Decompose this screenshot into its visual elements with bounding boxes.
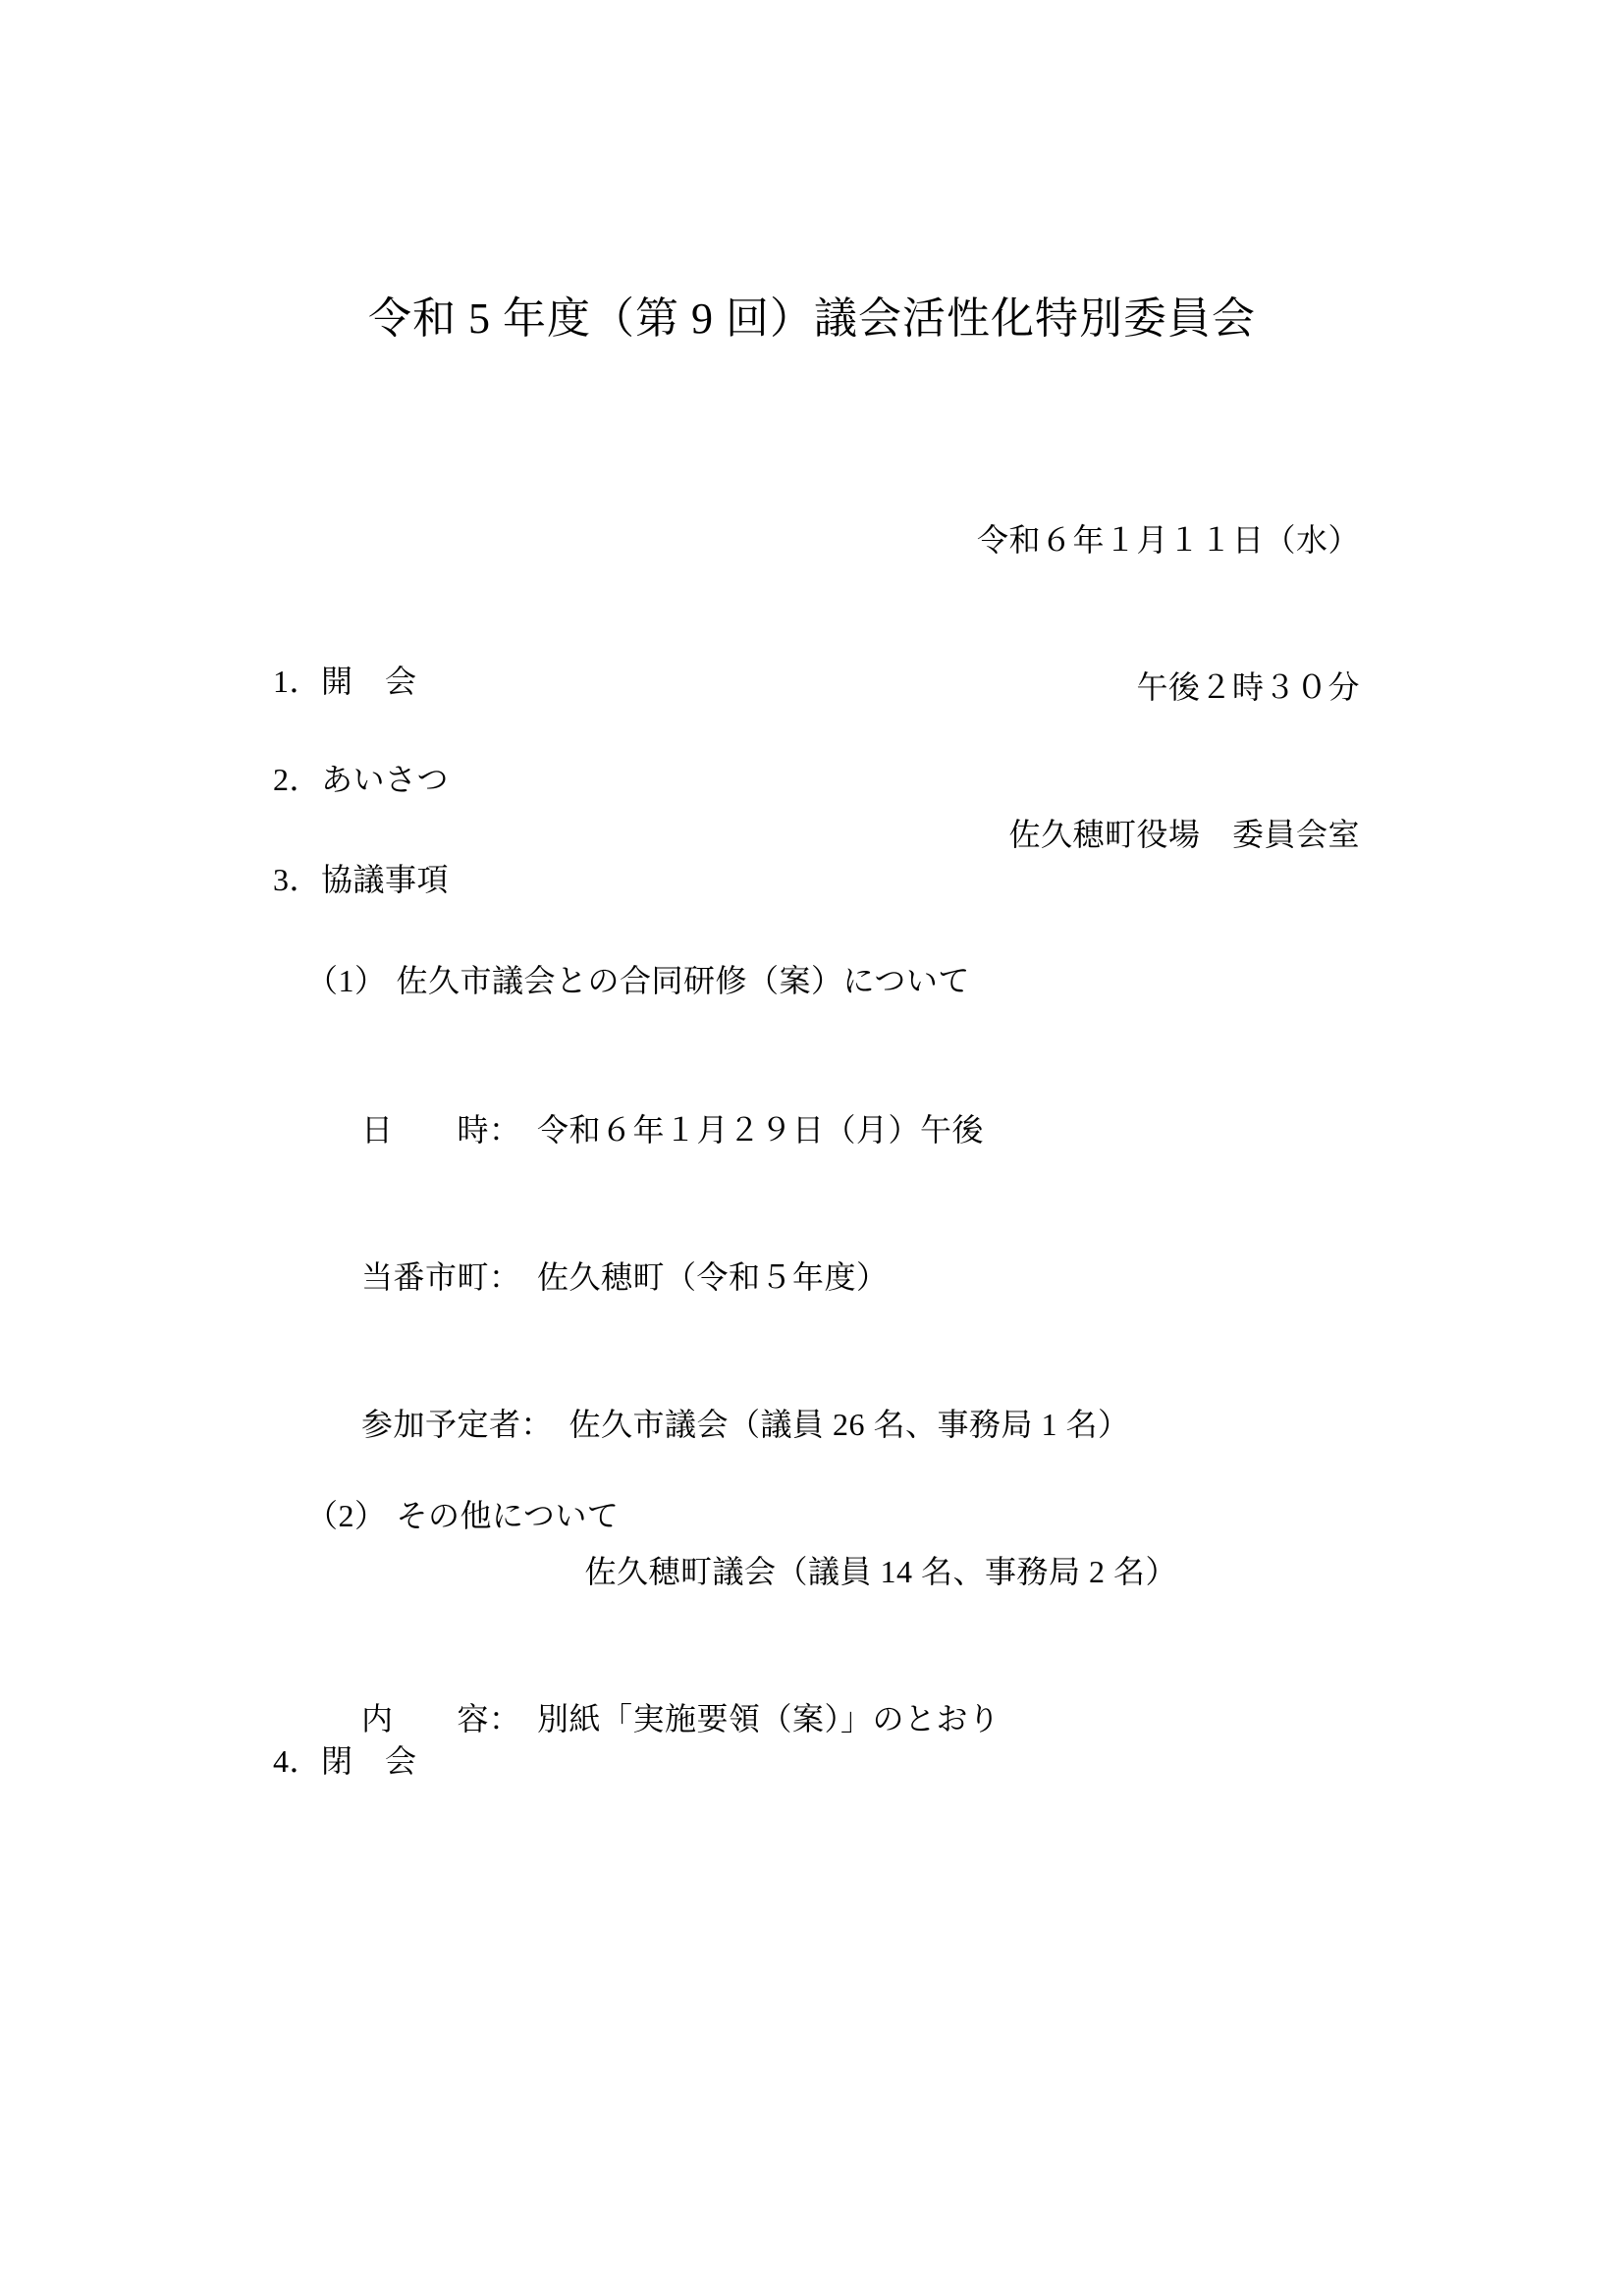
- agenda-item-label: 協議事項: [321, 862, 449, 897]
- meeting-meta: 令和６年１月１１日（水） 午後２時３０分 佐久穂町役場 委員会室: [977, 417, 1360, 957]
- agenda-item-label: 開 会: [321, 664, 417, 699]
- training-details: 日 時： 令和６年１月２９日（月）午後 当番市町： 佐久穂町（令和５年度） 参加…: [361, 1007, 1177, 1842]
- sub-item-label: 佐久市議会との合同研修（案）について: [397, 963, 970, 998]
- agenda-item-label: 閉 会: [321, 1743, 417, 1779]
- document-page: 令和 5 年度（第 9 回）議会活性化特別委員会 令和６年１月１１日（水） 午後…: [0, 0, 1624, 2296]
- meeting-venue: 佐久穂町役場 委員会室: [977, 810, 1360, 859]
- agenda-item-closing: 4．閉 会: [240, 1696, 417, 1826]
- sub-item-others: （2）その他について: [273, 1451, 619, 1580]
- agenda-item-number: 4．: [273, 1743, 321, 1779]
- detail-line-host-town: 当番市町： 佐久穂町（令和５年度）: [361, 1253, 1177, 1302]
- sub-item-number: （2）: [306, 1498, 387, 1533]
- agenda-item-number: 1．: [273, 664, 321, 699]
- meeting-date: 令和６年１月１１日（水）: [977, 515, 1360, 564]
- detail-line-datetime: 日 時： 令和６年１月２９日（月）午後: [361, 1105, 1177, 1154]
- sub-item-number: （1）: [306, 963, 387, 998]
- meeting-time: 午後２時３０分: [977, 663, 1360, 712]
- detail-line-participants: 参加予定者： 佐久市議会（議員 26 名、事務局 1 名）: [361, 1400, 1177, 1449]
- agenda-item-label: あいさつ: [321, 762, 449, 797]
- document-title: 令和 5 年度（第 9 回）議会活性化特別委員会: [0, 292, 1624, 347]
- sub-item-label: その他について: [397, 1498, 620, 1533]
- agenda-item-number: 2．: [273, 762, 321, 797]
- detail-line-contents: 内 容： 別紙「実施要領（案）」のとおり: [361, 1694, 1177, 1743]
- agenda-item-number: 3．: [273, 862, 321, 897]
